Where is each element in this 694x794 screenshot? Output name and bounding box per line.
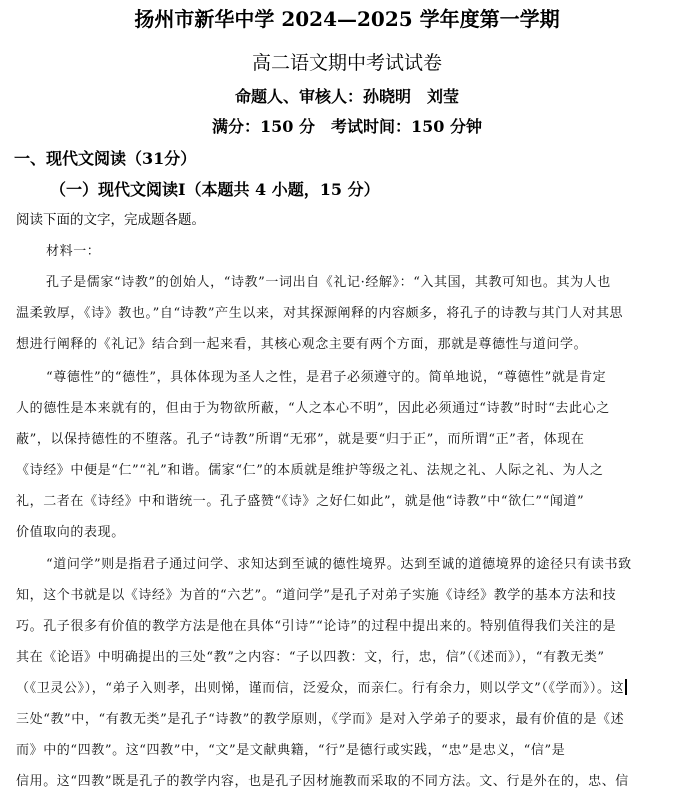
paragraph-line: 知，这个书就是以《诗经》为首的“六艺”。“道问学”是孔子对弟子实施《诗经》教学的… (16, 584, 678, 603)
material-label: 材料一： (46, 240, 678, 259)
exam-title: 高二语文期中考试试卷 (0, 48, 694, 75)
paragraph-line: “尊德性”的“德性”，具体体现为圣人之性，是君子必须遵守的。简单地说，“尊德性”… (46, 366, 678, 385)
score-time-line: 满分：150 分 考试时间：150 分钟 (0, 114, 694, 137)
paragraph-line-text: （《卫灵公》），“弟子入则孝，出则悌，谨而信，泛爱众，而亲仁。行有余力，则以学文… (16, 681, 624, 696)
instruction-text: 阅读下面的文字，完成题各题。 (16, 208, 205, 228)
text-cursor (625, 679, 627, 695)
paragraph-line: 巧。孔子很多有价值的教学方法是他在具体“引诗”“论诗”的过程中提出来的。特别值得… (16, 615, 678, 634)
paragraph-line-with-cursor[interactable]: （《卫灵公》），“弟子入则孝，出则悌，谨而信，泛爱众，而亲仁。行有余力，则以学文… (16, 677, 678, 696)
paragraph-line: 《诗经》中便是“仁”“礼”和谐。儒家“仁”的本质就是维护等级之礼、法规之礼、人际… (16, 459, 678, 478)
paragraph-line: 温柔敦厚，《诗》教也。”自“诗教”产生以来，对其探源阐释的内容颇多，将孔子的诗教… (16, 302, 678, 321)
paragraph-line: 而》中的“四教”。这“四教”中，“文”是文献典籍，“行”是德行或实践，“忠”是忠… (16, 739, 678, 758)
paragraph-line: 孔子是儒家“诗教”的创始人，“诗教”一词出自《礼记·经解》：“入其国，其教可知也… (46, 271, 678, 290)
paragraph-line: 信用。这“四教”既是孔子的教学内容，也是孔子因材施教而采取的不同方法。文、行是外… (16, 770, 678, 789)
paragraph-line: 三处“教”中，“有教无类”是孔子“诗教”的教学原则，《学而》是对入学弟子的要求，… (16, 708, 678, 727)
paragraph-line: 人的德性是本来就有的，但由于为物欲所蔽，“人之本心不明”，因此必须通过“诗教”时… (16, 397, 678, 416)
paragraph-line: 价值取向的表现。 (16, 521, 678, 540)
paragraph-line: 想进行阐释的《礼记》结合到一起来看，其核心观念主要有两个方面，那就是尊德性与道问… (16, 333, 678, 352)
section-heading: 一、现代文阅读（31分） (14, 146, 196, 169)
authors-line: 命题人、审核人：孙晓明 刘莹 (0, 84, 694, 107)
section-subheading: （一）现代文阅读Ⅰ（本题共 4 小题，15 分） (50, 177, 380, 200)
document-page: 扬州市新华中学 2024—2025 学年度第一学期 高二语文期中考试试卷 命题人… (0, 0, 694, 794)
paragraph-line: 其在《论语》中明确提出的三处“教”之内容：“子以四教：文，行，忠，信”（《述而》… (16, 646, 678, 665)
paragraph-line: 礼，二者在《诗经》中和谐统一。孔子盛赞“《诗》之好仁如此”，就是他“诗教”中“欲… (16, 490, 678, 509)
paragraph-line: 蔽”，以保持德性的不堕落。孔子“诗教”所谓“无邪”，就是要“归于正”，而所谓“正… (16, 428, 678, 447)
paragraph-line: “道问学”则是指君子通过问学、求知达到至诚的德性境界。达到至诚的道德境界的途径只… (46, 553, 678, 572)
school-term-title: 扬州市新华中学 2024—2025 学年度第一学期 (0, 3, 694, 32)
